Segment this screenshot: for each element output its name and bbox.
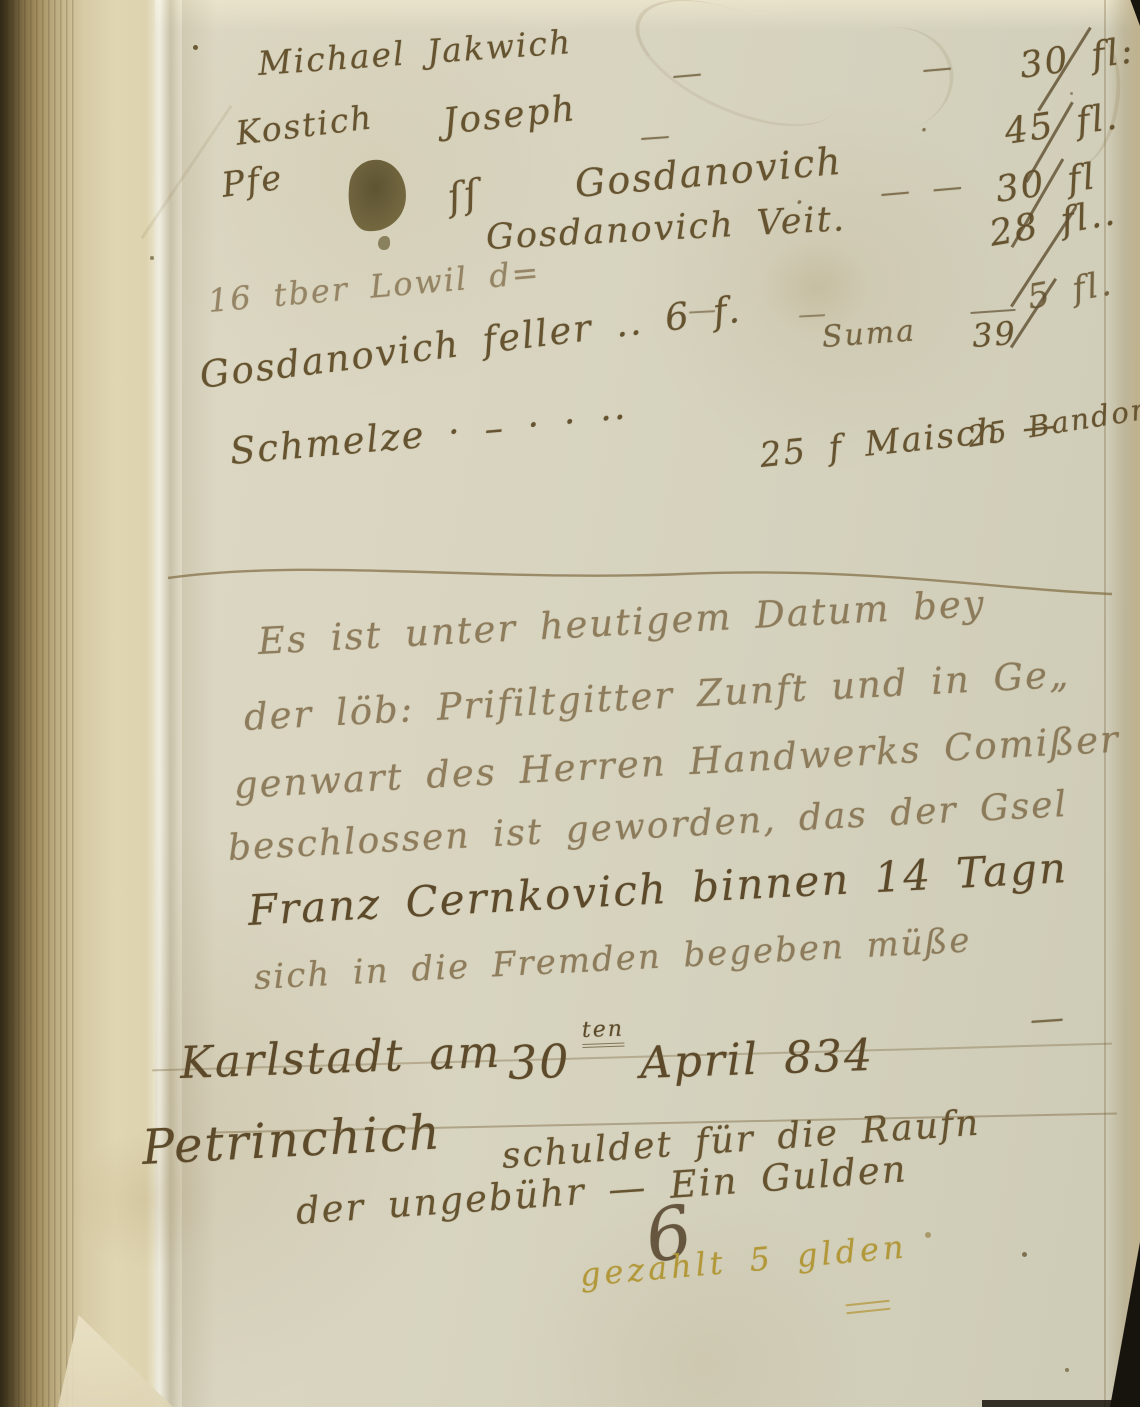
ledger-entry-name: Pfe <box>219 158 286 206</box>
ledger-leader-dash: — <box>670 55 705 93</box>
page-edge-striations <box>0 0 78 1407</box>
book-scan: Michael Jakwich — — 30 fl: Kostich Josep… <box>0 0 1140 1407</box>
sum-label: Suma <box>821 313 917 354</box>
ink-speck <box>1070 92 1073 95</box>
ledger-leader-dash: — — <box>878 169 965 211</box>
ledger-leader-dash: — <box>639 118 673 155</box>
dateline-month-year: April 834 <box>639 1030 875 1089</box>
ledger-leader-dash: · <box>919 115 931 146</box>
ink-speck <box>925 1232 931 1238</box>
background-strip-bottom <box>982 1400 1112 1407</box>
ink-speck <box>1022 1252 1027 1257</box>
ink-speck <box>150 256 154 260</box>
ink-speck <box>1065 1368 1069 1372</box>
dateline-ordinal: ten <box>581 1017 624 1048</box>
paragraph-end-dash: — <box>1029 998 1068 1040</box>
ledger-leader-dash: — <box>920 49 955 87</box>
dateline-day: 30 <box>507 1034 571 1090</box>
ink-blot-satellite <box>378 236 390 250</box>
ink-speck <box>193 45 198 50</box>
